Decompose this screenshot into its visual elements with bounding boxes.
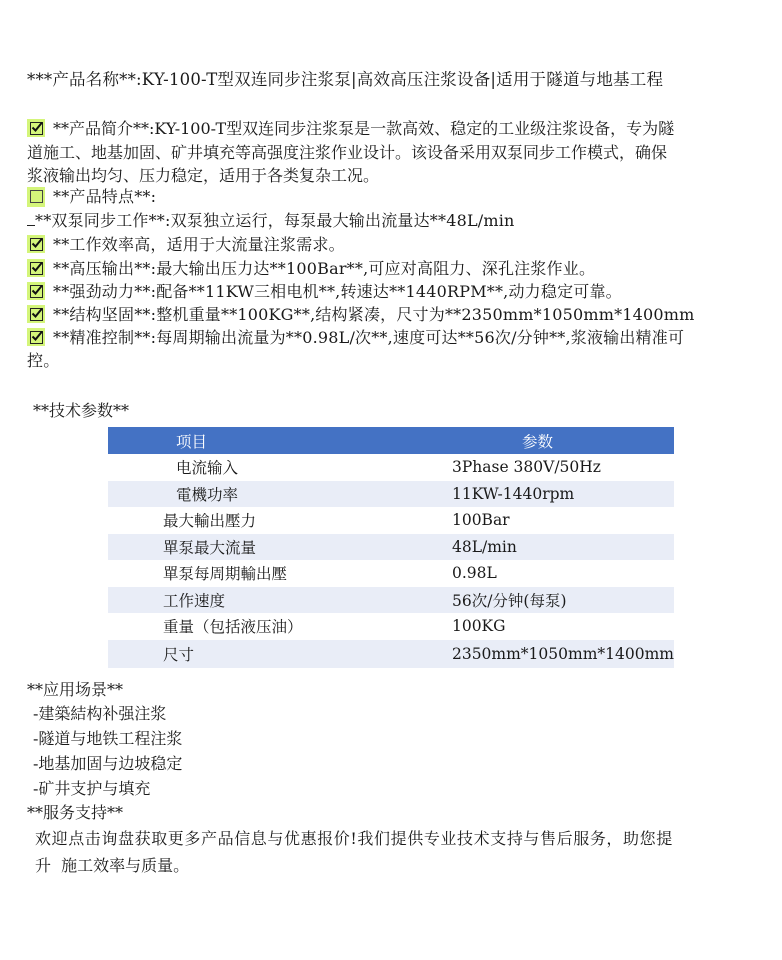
- feature-item-dual-pump: **双泵同步工作**:双泵独立运行，每泵最大输出流量达**48L/min: [27, 209, 515, 233]
- table-row: 單泵每周期輸出壓 0.98L: [108, 560, 674, 587]
- specs-table: 项目 参数 电流输入 3Phase 380V/50Hz 電機功率 11KW-14…: [108, 427, 674, 668]
- feature-item-continuation: 控。: [27, 349, 59, 373]
- feature-text: **高压输出**:最大输出压力达**100Bar**,可应对高阻力、深孔注浆作业…: [53, 259, 595, 278]
- checkbox-checked-icon[interactable]: [27, 119, 45, 137]
- application-item: -矿井支护与填充: [33, 777, 150, 801]
- features-heading: **产品特点**:: [27, 185, 156, 209]
- application-item: -地基加固与边坡稳定: [33, 752, 182, 776]
- spec-value: 11KW-1440rpm: [452, 481, 674, 508]
- service-line-2: 升 施工效率与质量。: [35, 854, 189, 878]
- feature-item: **精准控制**:每周期输出流量为**0.98L/次**,速度可达**56次/分…: [27, 326, 684, 350]
- applications-heading: **应用场景**: [27, 678, 123, 702]
- spec-item: 工作速度: [108, 587, 452, 614]
- intro-line-2: 道施工、地基加固、矿井填充等高强度注浆作业设计。该设备采用双泵同步工作模式，确保: [27, 141, 757, 165]
- spec-item: 电流输入: [108, 454, 452, 481]
- service-heading: **服务支持**: [27, 801, 123, 825]
- service-line-1: 欢迎点击询盘获取更多产品信息与优惠报价!我们提供专业技术支持与售后服务，助您提: [35, 827, 673, 851]
- checkbox-checked-icon[interactable]: [27, 282, 45, 300]
- spec-value: 100Bar: [452, 507, 674, 534]
- intro-paragraph: **产品简介**:KY-100-T型双连同步注浆泵是一款高效、稳定的工业级注浆设…: [27, 117, 757, 188]
- table-row: 尺寸 2350mm*1050mm*1400mm: [108, 640, 674, 668]
- checkbox-checked-icon[interactable]: [27, 305, 45, 323]
- specs-heading: **技术参数**: [33, 399, 129, 423]
- table-row: 最大輸出壓力 100Bar: [108, 507, 674, 534]
- feature-text: **强劲动力**:配备**11KW三相电机**,转速达**1440RPM**,动…: [53, 282, 622, 301]
- spec-value: 2350mm*1050mm*1400mm: [452, 640, 674, 668]
- spec-value: 48L/min: [452, 534, 674, 561]
- spec-item: 最大輸出壓力: [108, 507, 452, 534]
- spec-item: 重量（包括液压油）: [108, 613, 452, 640]
- application-item: -隧道与地铁工程注浆: [33, 727, 182, 751]
- column-header-value: 参数: [452, 427, 674, 454]
- feature-item: **高压输出**:最大输出压力达**100Bar**,可应对高阻力、深孔注浆作业…: [27, 257, 595, 281]
- table-header-row: 项目 参数: [108, 427, 674, 454]
- feature-text: **双泵同步工作**:双泵独立运行，每泵最大输出流量达**48L/min: [35, 211, 515, 230]
- checkbox-checked-icon[interactable]: [27, 235, 45, 253]
- spec-value: 100KG: [452, 613, 674, 640]
- product-title: ***产品名称**:KY-100-T型双连同步注浆泵|高效高压注浆设备|适用于隧…: [27, 68, 663, 92]
- underscore-mark: [27, 225, 35, 226]
- feature-text: **精准控制**:每周期输出流量为**0.98L/次**,速度可达**56次/分…: [53, 328, 684, 347]
- spec-value: 56次/分钟(每泵): [452, 587, 674, 614]
- spec-value: 3Phase 380V/50Hz: [452, 454, 674, 481]
- intro-line-3: 浆液输出均匀、压力稳定，适用于各类复杂工况。: [27, 164, 757, 188]
- feature-item: **工作效率高，适用于大流量注浆需求。: [27, 233, 345, 257]
- table-row: 電機功率 11KW-1440rpm: [108, 481, 674, 508]
- checkbox-checked-icon[interactable]: [27, 328, 45, 346]
- feature-text: **结构坚固**:整机重量**100KG**,结构紧凑，尺寸为**2350mm*…: [53, 305, 695, 324]
- table-row: 工作速度 56次/分钟(每泵): [108, 587, 674, 614]
- application-item: -建築結构补强注浆: [33, 702, 166, 726]
- table-row: 重量（包括液压油） 100KG: [108, 613, 674, 640]
- spec-item: 電機功率: [108, 481, 452, 508]
- table-row: 單泵最大流量 48L/min: [108, 534, 674, 561]
- intro-line-1: **产品简介**:KY-100-T型双连同步注浆泵是一款高效、稳定的工业级注浆设…: [53, 119, 674, 138]
- feature-text: **工作效率高，适用于大流量注浆需求。: [53, 235, 345, 254]
- spec-item: 尺寸: [108, 640, 452, 668]
- table-row: 电流输入 3Phase 380V/50Hz: [108, 454, 674, 481]
- spec-item: 單泵每周期輸出壓: [108, 560, 452, 587]
- features-heading-label: **产品特点**:: [53, 187, 156, 206]
- feature-item: **强劲动力**:配备**11KW三相电机**,转速达**1440RPM**,动…: [27, 280, 622, 304]
- spec-value: 0.98L: [452, 560, 674, 587]
- checkbox-unchecked-icon[interactable]: [27, 187, 45, 205]
- feature-item: **结构坚固**:整机重量**100KG**,结构紧凑，尺寸为**2350mm*…: [27, 303, 695, 327]
- spec-item: 單泵最大流量: [108, 534, 452, 561]
- column-header-item: 项目: [108, 427, 452, 454]
- checkbox-checked-icon[interactable]: [27, 259, 45, 277]
